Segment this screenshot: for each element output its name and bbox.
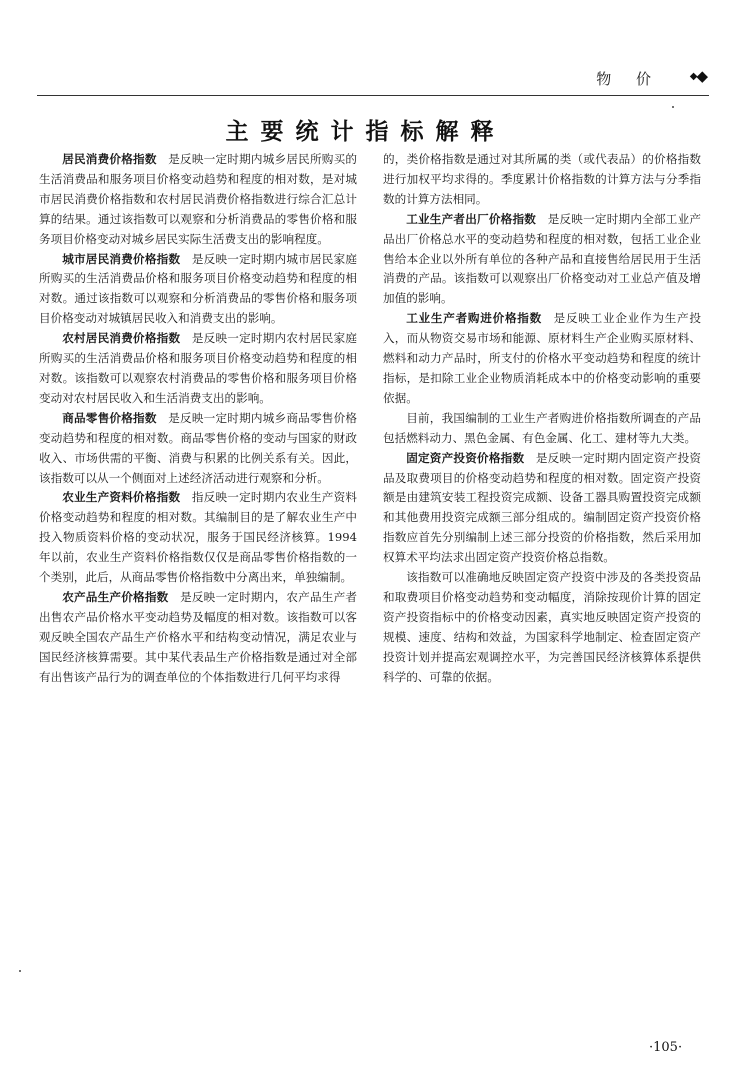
term-heading: 城市居民消费价格指数	[62, 252, 180, 266]
paragraph: 该指数可以准确地反映固定资产投资中涉及的各类投资品和取费项目价格变动趋势和变动幅…	[383, 568, 701, 687]
paragraph: 固定资产投资价格指数是反映一定时期内固定资产投资品及取费项目的价格变动趋势和程度…	[383, 449, 701, 568]
definition-text: 是反映一定时期内城乡居民所购买的生活消费品和服务项目价格变动趋势和程度的相对数，…	[39, 152, 357, 246]
paragraph: 工业生产者出厂价格指数是反映一定时期内全部工业产品出厂价格总水平的变动趋势和程度…	[383, 210, 701, 310]
definition-text: 的，类价格指数是通过对其所属的类（或代表品）的价格指数进行加权平均求得的。季度累…	[383, 152, 701, 206]
term-heading: 商品零售价格指数	[62, 411, 156, 425]
term-heading: 农产品生产价格指数	[62, 590, 168, 604]
scan-speck	[672, 106, 674, 108]
header-rule	[37, 95, 709, 96]
term-heading: 工业生产者购进价格指数	[406, 311, 542, 325]
scan-speck	[19, 970, 21, 972]
page-title: 主要统计指标解释	[0, 113, 731, 146]
diamond-decoration-icon: ◆◆	[690, 67, 707, 85]
definition-text: 是反映一定时期内固定资产投资品及取费项目的价格变动趋势和程度的相对数。固定资产投…	[383, 451, 701, 565]
page-number: ·105·	[649, 1040, 682, 1055]
term-heading: 固定资产投资价格指数	[406, 451, 524, 465]
term-heading: 农业生产资料价格指数	[62, 490, 180, 504]
definition-text: 目前，我国编制的工业生产者购进价格指数所调查的产品包括燃料动力、黑色金属、有色金…	[383, 411, 701, 445]
definition-text: 该指数可以准确地反映固定资产投资中涉及的各类投资品和取费项目价格变动趋势和变动幅…	[383, 570, 701, 684]
paragraph: 农产品生产价格指数是反映一定时期内，农产品生产者出售农产品价格水平变动趋势及幅度…	[39, 588, 357, 688]
section-label: 物 价	[596, 68, 661, 89]
left-column: 居民消费价格指数是反映一定时期内城乡居民所购买的生活消费品和服务项目价格变动趋势…	[39, 150, 357, 687]
paragraph: 城市居民消费价格指数是反映一定时期内城市居民家庭所购买的生活消费品价格和服务项目…	[39, 250, 357, 330]
paragraph: 居民消费价格指数是反映一定时期内城乡居民所购买的生活消费品和服务项目价格变动趋势…	[39, 150, 357, 250]
paragraph-continuation: 的，类价格指数是通过对其所属的类（或代表品）的价格指数进行加权平均求得的。季度累…	[383, 150, 701, 210]
paragraph: 商品零售价格指数是反映一定时期内城乡商品零售价格变动趋势和程度的相对数。商品零售…	[39, 409, 357, 489]
term-heading: 农村居民消费价格指数	[62, 331, 180, 345]
paragraph: 工业生产者购进价格指数是反映工业企业作为生产投入，而从物资交易市场和能源、原材料…	[383, 309, 701, 409]
right-column: 的，类价格指数是通过对其所属的类（或代表品）的价格指数进行加权平均求得的。季度累…	[383, 150, 701, 687]
paragraph: 农业生产资料价格指数指反映一定时期内农业生产资料价格变动趋势和程度的相对数。其编…	[39, 488, 357, 588]
definition-text: 是反映工业企业作为生产投入，而从物资交易市场和能源、原材料生产企业购买原材料、燃…	[383, 311, 701, 405]
scan-speck	[681, 662, 683, 664]
definition-text: 指反映一定时期内农业生产资料价格变动趋势和程度的相对数。其编制目的是了解农业生产…	[39, 490, 357, 584]
paragraph: 农村居民消费价格指数是反映一定时期内农村居民家庭所购买的生活消费品价格和服务项目…	[39, 329, 357, 409]
paragraph: 目前，我国编制的工业生产者购进价格指数所调查的产品包括燃料动力、黑色金属、有色金…	[383, 409, 701, 449]
term-heading: 居民消费价格指数	[62, 152, 156, 166]
term-heading: 工业生产者出厂价格指数	[406, 212, 536, 226]
